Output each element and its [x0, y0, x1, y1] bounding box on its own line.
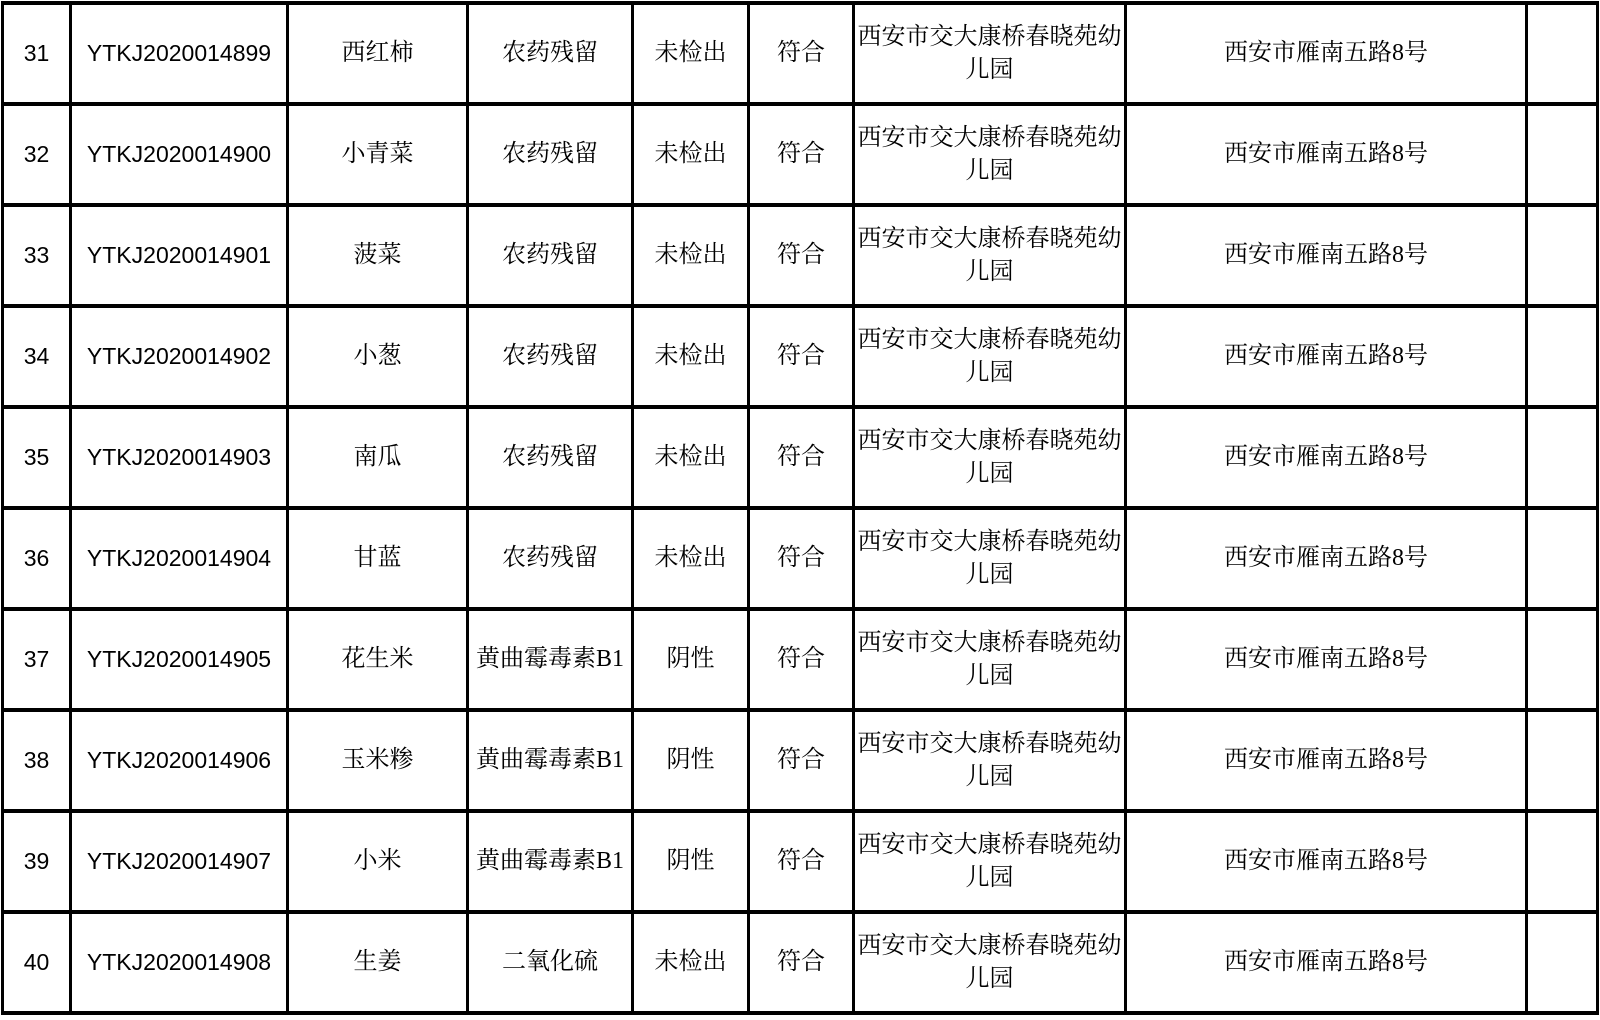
cell-sample-name: 小葱 [288, 306, 468, 407]
cell-test-result: 未检出 [633, 508, 749, 609]
cell-conclusion: 符合 [749, 609, 854, 710]
cell-sample-name: 菠菜 [288, 205, 468, 306]
table-row: 34YTKJ2020014902小葱农药残留未检出符合西安市交大康桥春晓苑幼儿园… [3, 306, 1598, 407]
cell-conclusion: 符合 [749, 508, 854, 609]
cell-sample-id: YTKJ2020014903 [71, 407, 288, 508]
cell-row-number: 35 [3, 407, 71, 508]
cell-test-result: 未检出 [633, 205, 749, 306]
cell-sampled-organization: 西安市交大康桥春晓苑幼儿园 [854, 407, 1126, 508]
cell-conclusion: 符合 [749, 306, 854, 407]
cell-address: 西安市雁南五路8号 [1126, 508, 1527, 609]
cell-remark [1527, 205, 1598, 306]
cell-address: 西安市雁南五路8号 [1126, 306, 1527, 407]
cell-address: 西安市雁南五路8号 [1126, 205, 1527, 306]
cell-address: 西安市雁南五路8号 [1126, 912, 1527, 1013]
table-body: 31YTKJ2020014899西红柿农药残留未检出符合西安市交大康桥春晓苑幼儿… [3, 3, 1598, 1013]
cell-remark [1527, 104, 1598, 205]
cell-test-item: 二氧化硫 [468, 912, 633, 1013]
cell-address: 西安市雁南五路8号 [1126, 710, 1527, 811]
cell-sampled-organization: 西安市交大康桥春晓苑幼儿园 [854, 609, 1126, 710]
cell-test-result: 未检出 [633, 104, 749, 205]
cell-test-item: 农药残留 [468, 306, 633, 407]
cell-row-number: 33 [3, 205, 71, 306]
cell-sample-id: YTKJ2020014901 [71, 205, 288, 306]
cell-sample-name: 南瓜 [288, 407, 468, 508]
cell-remark [1527, 710, 1598, 811]
table-row: 37YTKJ2020014905花生米黄曲霉毒素B1阴性符合西安市交大康桥春晓苑… [3, 609, 1598, 710]
table-row: 36YTKJ2020014904甘蓝农药残留未检出符合西安市交大康桥春晓苑幼儿园… [3, 508, 1598, 609]
cell-conclusion: 符合 [749, 104, 854, 205]
cell-sampled-organization: 西安市交大康桥春晓苑幼儿园 [854, 508, 1126, 609]
cell-remark [1527, 3, 1598, 104]
cell-test-item: 农药残留 [468, 104, 633, 205]
cell-row-number: 40 [3, 912, 71, 1013]
cell-test-result: 未检出 [633, 3, 749, 104]
cell-row-number: 34 [3, 306, 71, 407]
cell-row-number: 38 [3, 710, 71, 811]
cell-sample-id: YTKJ2020014904 [71, 508, 288, 609]
cell-remark [1527, 508, 1598, 609]
cell-row-number: 36 [3, 508, 71, 609]
document-page: 31YTKJ2020014899西红柿农药残留未检出符合西安市交大康桥春晓苑幼儿… [0, 1, 1600, 1020]
cell-row-number: 32 [3, 104, 71, 205]
cell-test-result: 未检出 [633, 912, 749, 1013]
cell-sample-id: YTKJ2020014905 [71, 609, 288, 710]
cell-conclusion: 符合 [749, 912, 854, 1013]
cell-sampled-organization: 西安市交大康桥春晓苑幼儿园 [854, 811, 1126, 912]
cell-sampled-organization: 西安市交大康桥春晓苑幼儿园 [854, 912, 1126, 1013]
cell-conclusion: 符合 [749, 3, 854, 104]
cell-sampled-organization: 西安市交大康桥春晓苑幼儿园 [854, 3, 1126, 104]
table-row: 33YTKJ2020014901菠菜农药残留未检出符合西安市交大康桥春晓苑幼儿园… [3, 205, 1598, 306]
cell-remark [1527, 306, 1598, 407]
table-row: 40YTKJ2020014908生姜二氧化硫未检出符合西安市交大康桥春晓苑幼儿园… [3, 912, 1598, 1013]
cell-sample-name: 小青菜 [288, 104, 468, 205]
cell-test-item: 农药残留 [468, 3, 633, 104]
table-row: 38YTKJ2020014906玉米糁黄曲霉毒素B1阴性符合西安市交大康桥春晓苑… [3, 710, 1598, 811]
cell-test-item: 黄曲霉毒素B1 [468, 609, 633, 710]
cell-conclusion: 符合 [749, 205, 854, 306]
cell-remark [1527, 912, 1598, 1013]
cell-test-result: 阴性 [633, 811, 749, 912]
cell-test-item: 黄曲霉毒素B1 [468, 811, 633, 912]
cell-test-result: 阴性 [633, 710, 749, 811]
cell-test-result: 阴性 [633, 609, 749, 710]
cell-test-item: 农药残留 [468, 205, 633, 306]
cell-sample-name: 小米 [288, 811, 468, 912]
cell-test-item: 黄曲霉毒素B1 [468, 710, 633, 811]
cell-conclusion: 符合 [749, 811, 854, 912]
cell-address: 西安市雁南五路8号 [1126, 3, 1527, 104]
cell-sample-id: YTKJ2020014907 [71, 811, 288, 912]
cell-test-result: 未检出 [633, 407, 749, 508]
cell-test-item: 农药残留 [468, 508, 633, 609]
cell-remark [1527, 609, 1598, 710]
cell-address: 西安市雁南五路8号 [1126, 407, 1527, 508]
cell-row-number: 37 [3, 609, 71, 710]
cell-address: 西安市雁南五路8号 [1126, 104, 1527, 205]
cell-sampled-organization: 西安市交大康桥春晓苑幼儿园 [854, 104, 1126, 205]
cell-sample-id: YTKJ2020014908 [71, 912, 288, 1013]
cell-sample-name: 花生米 [288, 609, 468, 710]
table-row: 39YTKJ2020014907小米黄曲霉毒素B1阴性符合西安市交大康桥春晓苑幼… [3, 811, 1598, 912]
cell-address: 西安市雁南五路8号 [1126, 609, 1527, 710]
cell-sample-id: YTKJ2020014900 [71, 104, 288, 205]
cell-sample-name: 甘蓝 [288, 508, 468, 609]
cell-remark [1527, 407, 1598, 508]
cell-sample-id: YTKJ2020014906 [71, 710, 288, 811]
cell-sampled-organization: 西安市交大康桥春晓苑幼儿园 [854, 710, 1126, 811]
cell-row-number: 31 [3, 3, 71, 104]
cell-sample-name: 玉米糁 [288, 710, 468, 811]
cell-conclusion: 符合 [749, 407, 854, 508]
table-row: 31YTKJ2020014899西红柿农药残留未检出符合西安市交大康桥春晓苑幼儿… [3, 3, 1598, 104]
cell-test-result: 未检出 [633, 306, 749, 407]
cell-sampled-organization: 西安市交大康桥春晓苑幼儿园 [854, 306, 1126, 407]
cell-sample-id: YTKJ2020014899 [71, 3, 288, 104]
cell-remark [1527, 811, 1598, 912]
cell-sample-id: YTKJ2020014902 [71, 306, 288, 407]
cell-row-number: 39 [3, 811, 71, 912]
cell-sample-name: 生姜 [288, 912, 468, 1013]
cell-test-item: 农药残留 [468, 407, 633, 508]
cell-sample-name: 西红柿 [288, 3, 468, 104]
cell-sampled-organization: 西安市交大康桥春晓苑幼儿园 [854, 205, 1126, 306]
cell-address: 西安市雁南五路8号 [1126, 811, 1527, 912]
inspection-results-table: 31YTKJ2020014899西红柿农药残留未检出符合西安市交大康桥春晓苑幼儿… [1, 1, 1599, 1015]
table-row: 35YTKJ2020014903南瓜农药残留未检出符合西安市交大康桥春晓苑幼儿园… [3, 407, 1598, 508]
table-row: 32YTKJ2020014900小青菜农药残留未检出符合西安市交大康桥春晓苑幼儿… [3, 104, 1598, 205]
cell-conclusion: 符合 [749, 710, 854, 811]
